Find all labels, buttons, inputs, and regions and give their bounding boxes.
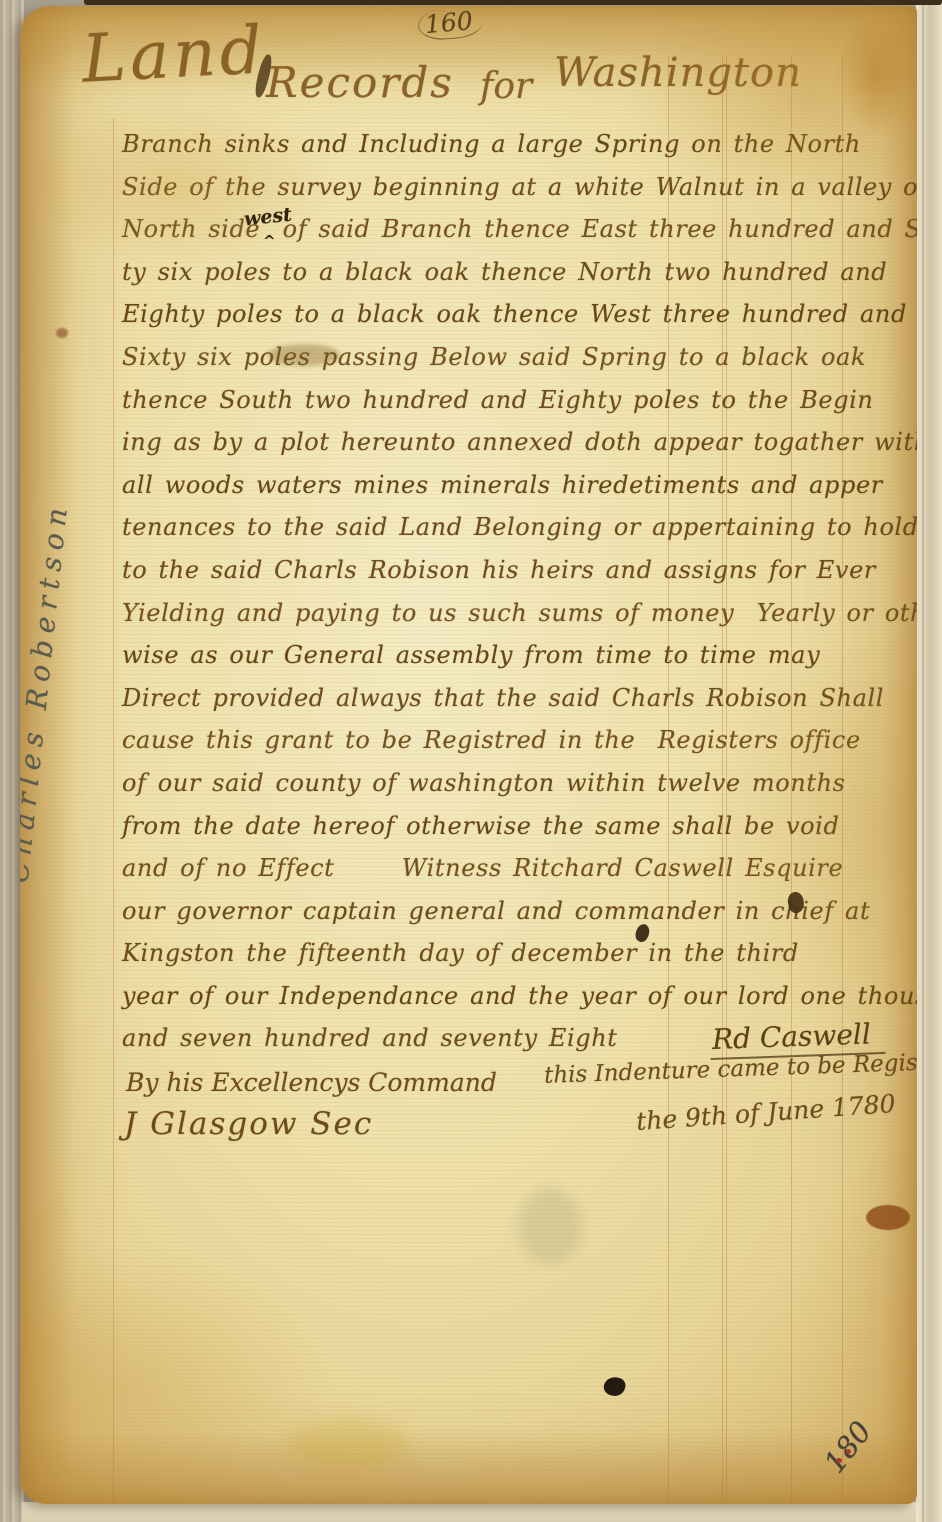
manuscript-line: all woods waters mines minerals hiredeti… (122, 471, 912, 514)
manuscript-line: Kingston the fifteenth day of december i… (122, 939, 912, 982)
title-word-land: Land (80, 11, 268, 98)
stain-left-edge (56, 328, 68, 338)
manuscript-line: Branch sinks and Including a large Sprin… (122, 130, 912, 173)
manuscript-line: and of no Effect Witness Ritchard Caswel… (122, 854, 912, 897)
page-number-bottom: 180 (817, 1415, 878, 1480)
manuscript-page: 160 Land Records for Washington Branch s… (20, 6, 917, 1504)
title-word-for: for (480, 66, 532, 107)
manuscript-line: thence South two hundred and Eighty pole… (122, 386, 912, 429)
underlying-page-edge-right (916, 0, 942, 1522)
stain-bottom-left (288, 1418, 408, 1470)
stain-right-edge (866, 1205, 910, 1230)
manuscript-line: Sixty six poles passing Below said Sprin… (122, 343, 912, 386)
manuscript-line: ing as by a plot hereunto annexed doth a… (122, 428, 912, 471)
manuscript-line: Eighty poles to a black oak thence West … (122, 300, 912, 343)
title-word-washington: Washington (554, 50, 802, 96)
manuscript-line: North side of said Branch thence East th… (122, 215, 912, 258)
manuscript-line: Direct provided always that the said Cha… (122, 684, 912, 727)
scanned-book-page: { "theme": { "paper_color": "#eadfa7", "… (0, 0, 942, 1522)
margin-name-vertical: Charles Robertson (20, 499, 74, 884)
margin-rule-line (113, 118, 114, 1502)
registration-date: the 9th of June 1780 (635, 1089, 896, 1136)
insertion-caret: ^ (263, 232, 276, 250)
page-number-top: 160 (417, 6, 484, 42)
ink-blot-bottom (602, 1375, 627, 1399)
manuscript-line: our governor captain general and command… (122, 897, 912, 940)
manuscript-line: cause this grant to be Registred in the … (122, 726, 912, 769)
manuscript-line: from the date hereof otherwise the same … (122, 812, 912, 855)
manuscript-line: wise as our General assembly from time t… (122, 641, 912, 684)
manuscript-line: ty six poles to a black oak thence North… (122, 258, 912, 301)
closing-command-line: By his Excellencys Command (126, 1068, 497, 1097)
manuscript-line: Yielding and paying to us such sums of m… (122, 599, 912, 642)
scan-top-shadow (84, 0, 942, 5)
stain-top-right-corner (837, 16, 917, 136)
underlying-page-edge-bottom (22, 1502, 922, 1522)
manuscript-lines: Branch sinks and Including a large Sprin… (122, 130, 912, 1067)
title-word-records: Records (266, 58, 454, 107)
smudge-bottom (518, 1188, 582, 1264)
manuscript-line: tenances to the said Land Belonging or a… (122, 513, 912, 556)
secretary-signature: J Glasgow Sec (124, 1106, 373, 1142)
manuscript-line: of our said county of washington within … (122, 769, 912, 812)
manuscript-line: year of our Independance and the year of… (122, 982, 912, 1025)
page-edge-seam (922, 0, 924, 1522)
manuscript-line: to the said Charls Robison his heirs and… (122, 556, 912, 599)
manuscript-line: Side of the survey beginning at a white … (122, 173, 912, 216)
